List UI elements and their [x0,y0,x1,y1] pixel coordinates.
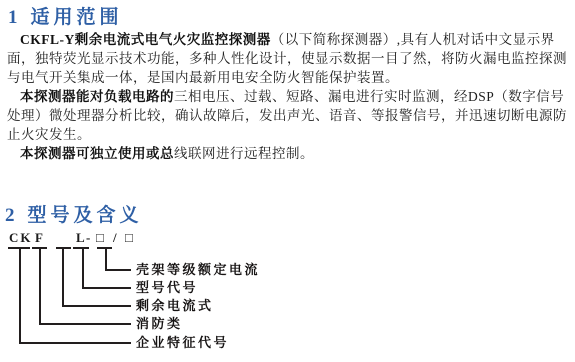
line-text: （以下简称探测器）,具有人机对话中文显示界 [271,32,555,47]
label-fire-protection-class: 消防类 [136,317,183,331]
leader-horizontal-enterprise [19,342,131,344]
leader-horizontal-frame-box [105,269,131,271]
section-1-heading: 1适用范围 [8,2,123,29]
line-text: 线联网进行远程控制。 [174,146,314,161]
paragraph-line: 与电气开关集成一体，是国内最新用电安全防火智能保护装置。 [7,68,571,87]
paragraph-line: 本探测器可独立使用或总线联网进行远程控制。 [7,144,571,163]
line-text: 止火灾发生。 [7,127,91,142]
leader-horizontal-residual [62,305,131,307]
label-residual-current-type: 剩余电流式 [136,299,214,313]
scope-paragraphs: CKFL-Y剩余电流式电气火灾监控探测器（以下简称探测器）,具有人机对话中文显示… [7,30,571,163]
paragraph-line: 本探测器能对负载电路的三相电压、过载、短路、漏电进行实时监测，经DSP（数字信号 [7,87,571,106]
line-text: 三相电压、过载、短路、漏电进行实时监测，经DSP（数字信号 [174,89,564,104]
model-code-diagram: CK F L - □ / □ 壳架等级额定电流 型号代号 剩余电流式 消防类 企… [0,228,575,362]
section-2-number: 2 [5,205,15,226]
label-model-code: 型号代号 [136,281,198,295]
code-slash: / [113,231,119,245]
code-frame-current-box: □ [96,231,104,245]
leader-horizontal-model [82,287,131,289]
section-2-title: 型号及含义 [28,205,143,226]
section-1-number: 1 [8,7,18,28]
underline-model-letter [73,247,89,249]
bold-lead: 本探测器可独立使用或总 [20,146,174,161]
section-2-heading: 2型号及含义 [5,200,143,227]
line-text: 与电气开关集成一体，是国内最新用电安全防火智能保护装置。 [7,70,399,85]
paragraph-line: 止火灾发生。 [7,125,571,144]
code-dash: - [86,231,92,245]
leader-vertical-fire-class [39,248,41,324]
code-rated-current-box: □ [125,231,133,245]
section-1-title: 适用范围 [31,7,123,28]
leader-vertical-model [82,248,84,288]
paragraph-line: CKFL-Y剩余电流式电气火灾监控探测器（以下简称探测器）,具有人机对话中文显示… [7,30,571,49]
code-enterprise-prefix: CK [9,231,33,245]
bold-lead: 本探测器能对负载电路的 [20,89,174,104]
paragraph-line: 处理）微处理器分析比较，确认故障后，发出声光、语音、等报警信号，并迅速切断电源防 [7,106,571,125]
label-frame-rated-current: 壳架等级额定电流 [136,263,260,277]
label-enterprise-code: 企业特征代号 [136,336,229,350]
paragraph-line: 面，独特荧光显示技术功能，多种人性化设计，使显示数据一目了然，将防火漏电监控探测 [7,49,571,68]
leader-vertical-enterprise [19,248,21,343]
document-page: 1适用范围 CKFL-Y剩余电流式电气火灾监控探测器（以下简称探测器）,具有人机… [0,0,575,362]
leader-horizontal-fire-class [39,323,131,325]
line-text: 处理）微处理器分析比较，确认故障后，发出声光、语音、等报警信号，并迅速切断电源防 [7,108,567,123]
line-text: 面，独特荧光显示技术功能，多种人性化设计，使显示数据一目了然，将防火漏电监控探测 [7,51,567,66]
code-fire-class-letter: F [35,231,45,245]
bold-lead: CKFL-Y剩余电流式电气火灾监控探测器 [20,32,271,47]
leader-vertical-residual [62,248,64,306]
leader-vertical-frame-box [105,248,107,270]
